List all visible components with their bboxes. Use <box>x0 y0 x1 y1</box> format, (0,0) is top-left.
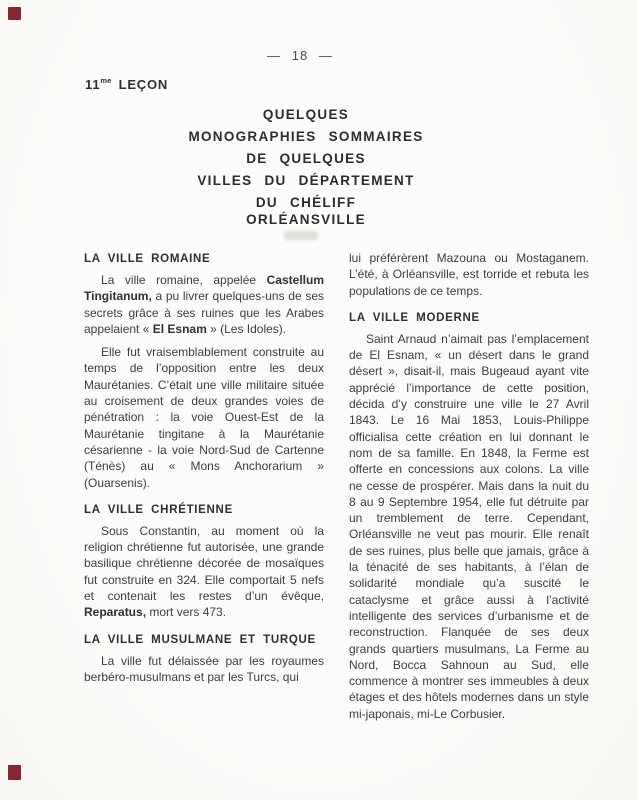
text-run: » (Les Idoles). <box>207 322 286 336</box>
text-run: Sous Constantin, au moment où la religio… <box>84 524 324 603</box>
red-ink-mark-bottom-left <box>8 765 21 780</box>
title-line: DU CHÉLIFF <box>0 192 612 214</box>
text-run: lui préférèrent Mazouna ou Mostaganem. L… <box>349 251 589 298</box>
scanned-document-page: — 18 — 11meLEÇON QUELQUESMONOGRAPHIES SO… <box>0 0 637 800</box>
section-heading: LA VILLE ROMAINE <box>84 253 324 265</box>
lesson-number: 11 <box>85 77 100 92</box>
title-line: DE QUELQUES <box>0 148 612 170</box>
lesson-label: 11meLEÇON <box>85 76 168 92</box>
section-heading: LA VILLE MUSULMANE ET TURQUE <box>84 634 324 646</box>
page-number: — 18 — <box>0 48 600 63</box>
text-run: Saint Arnaud n’aimait pas l’emplacement … <box>349 332 589 721</box>
two-column-text-body: LA VILLE ROMAINELa ville romaine, appelé… <box>84 250 589 729</box>
paragraph: La ville fut délaissée par les royaumes … <box>84 653 324 686</box>
red-ink-mark-top-left <box>8 7 21 20</box>
paragraph: Saint Arnaud n’aimait pas l’emplacement … <box>349 331 589 722</box>
right-column: lui préférèrent Mazouna ou Mostaganem. L… <box>349 250 589 729</box>
paragraph: Sous Constantin, au moment où la religio… <box>84 523 324 621</box>
bold-text-run: El Esnam <box>153 322 207 336</box>
paragraph: lui préférèrent Mazouna ou Mostaganem. L… <box>349 250 589 299</box>
left-column: LA VILLE ROMAINELa ville romaine, appelé… <box>84 250 324 729</box>
bold-text-run: Reparatus, <box>84 605 146 619</box>
title-line: MONOGRAPHIES SOMMAIRES <box>0 126 612 148</box>
scan-smudge <box>284 231 318 240</box>
document-title: QUELQUESMONOGRAPHIES SOMMAIRESDE QUELQUE… <box>0 104 612 214</box>
text-run: mort vers 473. <box>146 605 226 619</box>
title-line: VILLES DU DÉPARTEMENT <box>0 170 612 192</box>
paragraph: Elle fut vraisemblablement construite au… <box>84 344 324 491</box>
paragraph: La ville romaine, appelée Castellum Ting… <box>84 272 324 337</box>
lesson-ordinal-superscript: me <box>100 76 111 85</box>
lesson-word: LEÇON <box>119 77 169 92</box>
text-run: Elle fut vraisemblablement construite au… <box>84 345 324 489</box>
section-heading: LA VILLE MODERNE <box>349 312 589 324</box>
text-run: La ville fut délaissée par les royaumes … <box>84 654 324 684</box>
title-line: QUELQUES <box>0 104 612 126</box>
section-heading: LA VILLE CHRÉTIENNE <box>84 504 324 516</box>
text-run: La ville romaine, appelée <box>101 273 267 287</box>
document-subtitle: ORLÉANSVILLE <box>0 212 612 227</box>
